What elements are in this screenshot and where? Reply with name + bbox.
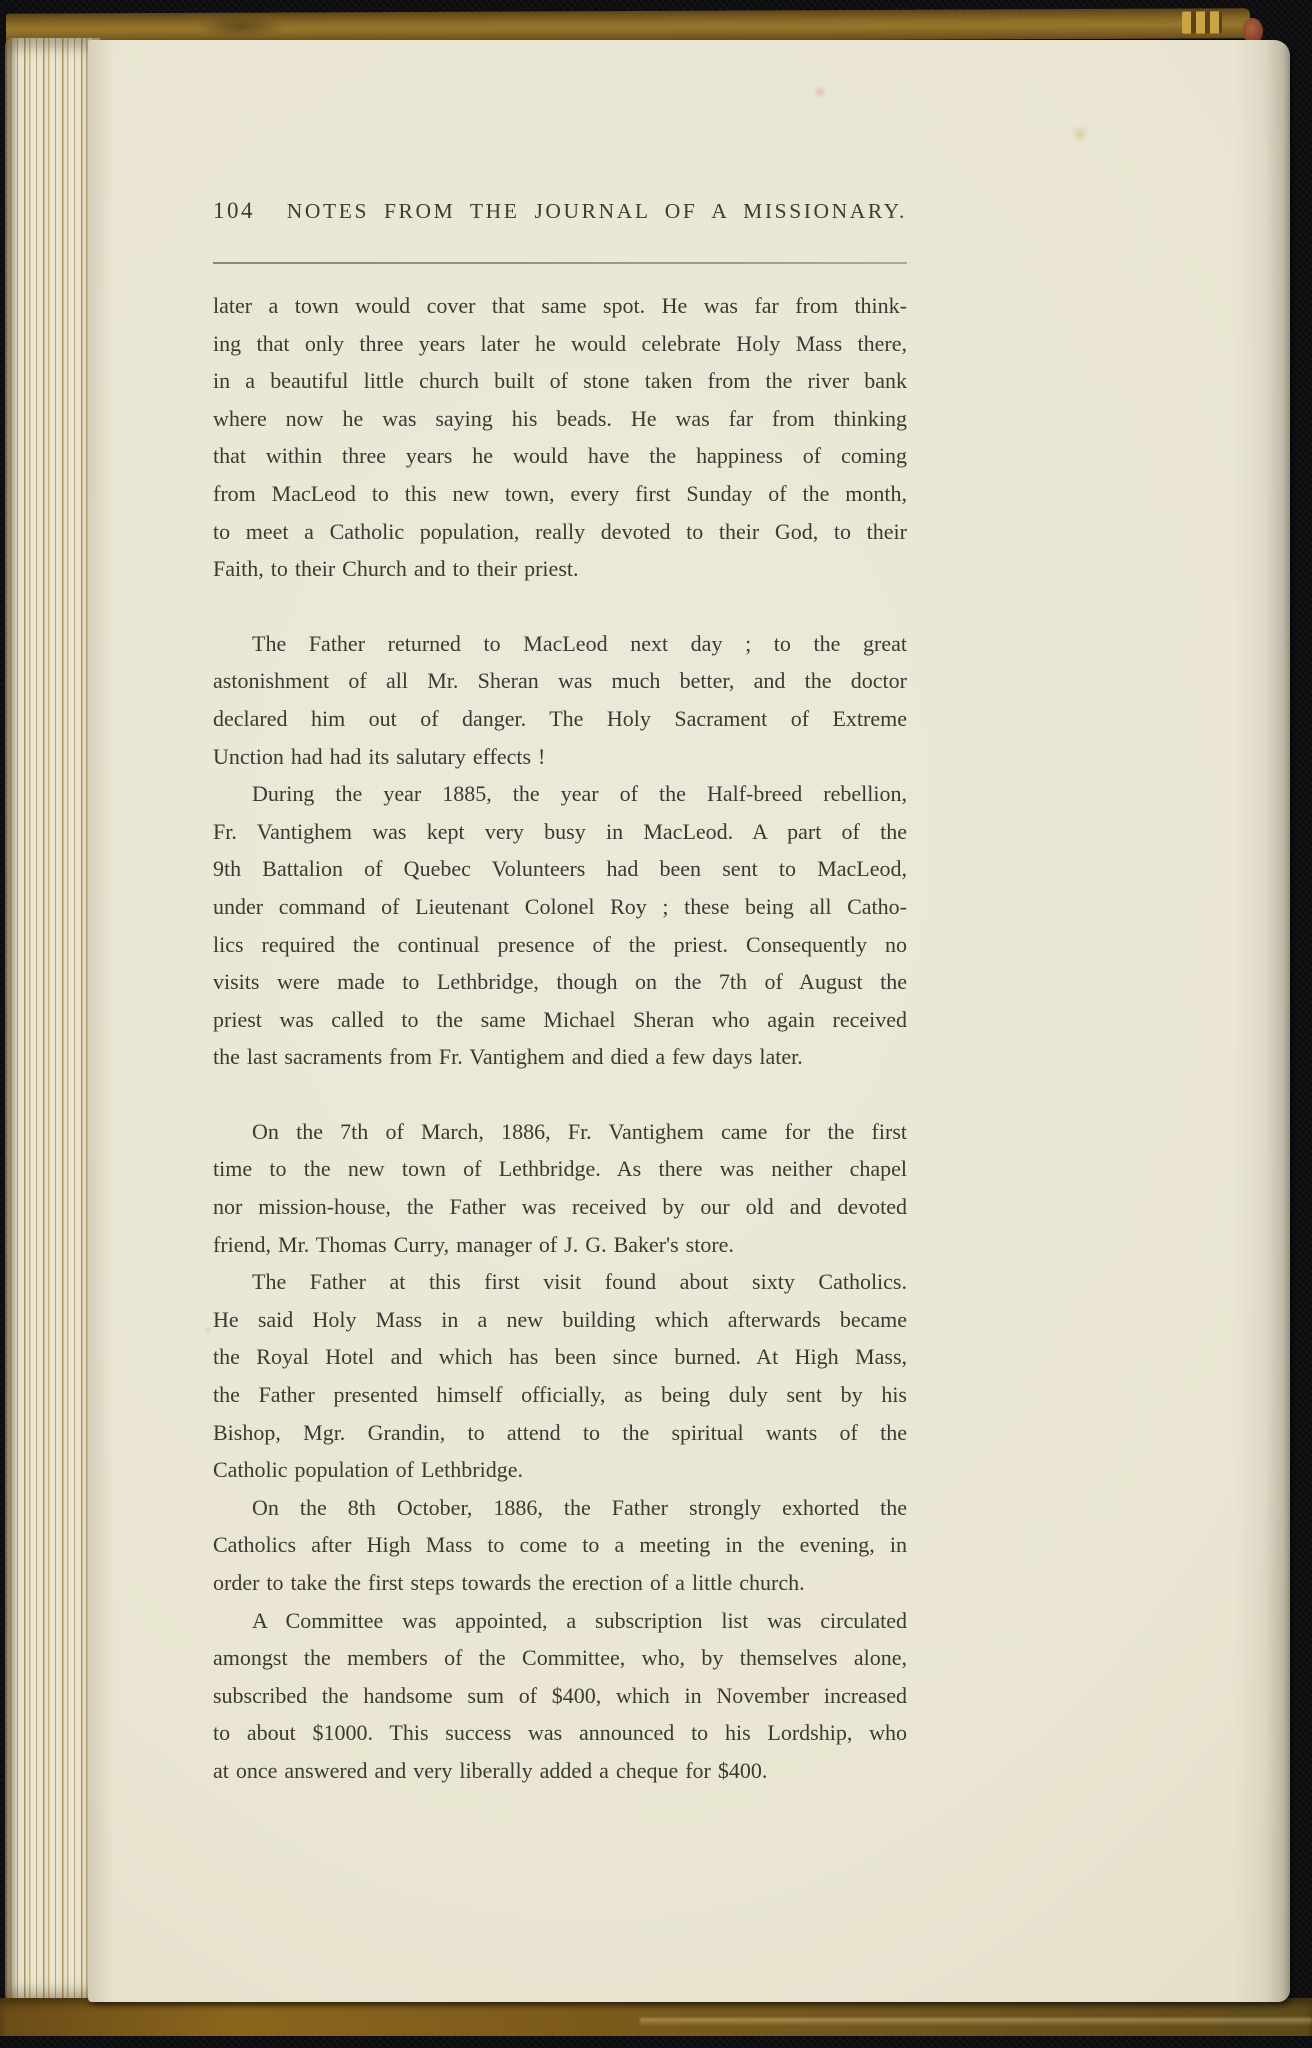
text-line: declared him out of danger. The Holy Sac… (213, 700, 907, 738)
text-line: Catholic population of Lethbridge. (213, 1451, 907, 1489)
paragraph: On the 7th of March, 1886, Fr. Vantighem… (213, 1113, 907, 1263)
page-number: 104 (213, 198, 287, 224)
text-line: in a beautiful little church built of st… (213, 362, 907, 400)
text-section: The Father returned to MacLeod next day … (213, 625, 907, 1076)
text-line: subscribed the handsome sum of $400, whi… (213, 1677, 907, 1715)
header-rule (213, 262, 907, 264)
text-line: the last sacraments from Fr. Vantighem a… (213, 1038, 907, 1076)
paragraph: A Committee was appointed, a subscriptio… (213, 1602, 907, 1790)
book-spine-top-edge (6, 8, 1250, 43)
text-line: Faith, to their Church and to their prie… (213, 550, 907, 588)
paragraph: During the year 1885, the year of the Ha… (213, 775, 907, 1076)
text-line: to meet a Catholic population, really de… (213, 513, 907, 551)
cover-bottom-sheen (640, 2018, 1312, 2026)
text-line: the Royal Hotel and which has been since… (213, 1338, 907, 1376)
text-section: On the 7th of March, 1886, Fr. Vantighem… (213, 1113, 907, 1790)
page-header: 104 NOTES FROM THE JOURNAL OF A MISSIONA… (213, 198, 907, 224)
text-line: Catholics after High Mass to come to a m… (213, 1526, 907, 1564)
text-line: On the 8th October, 1886, the Father str… (213, 1489, 907, 1527)
text-line: that within three years he would have th… (213, 437, 907, 475)
text-line: The Father returned to MacLeod next day … (213, 625, 907, 663)
scan-background: { "page": { "number": "104", "running_ti… (0, 0, 1312, 2048)
text-line: Unction had had its salutary effects ! (213, 738, 907, 776)
book-page: 104 NOTES FROM THE JOURNAL OF A MISSIONA… (88, 40, 1290, 2002)
spine-gilt-band (1182, 11, 1222, 33)
text-line: Fr. Vantighem was kept very busy in MacL… (213, 813, 907, 851)
text-line: under command of Lieutenant Colonel Roy … (213, 888, 907, 926)
text-line: Bishop, Mgr. Grandin, to attend to the s… (213, 1414, 907, 1452)
text-block: later a town would cover that same spot.… (213, 287, 907, 1790)
text-line: order to take the first steps towards th… (213, 1564, 907, 1602)
spine-wear-mark (196, 14, 286, 38)
text-line: A Committee was appointed, a subscriptio… (213, 1602, 907, 1640)
paragraph: On the 8th October, 1886, the Father str… (213, 1489, 907, 1602)
text-line: friend, Mr. Thomas Curry, manager of J. … (213, 1226, 907, 1264)
text-line: where now he was saying his beads. He wa… (213, 400, 907, 438)
text-line: the Father presented himself officially,… (213, 1376, 907, 1414)
text-line: from MacLeod to this new town, every fir… (213, 475, 907, 513)
text-line: visits were made to Lethbridge, though o… (213, 963, 907, 1001)
text-line: On the 7th of March, 1886, Fr. Vantighem… (213, 1113, 907, 1151)
text-line: lics required the continual presence of … (213, 926, 907, 964)
text-line: amongst the members of the Committee, wh… (213, 1639, 907, 1677)
text-line: at once answered and very liberally adde… (213, 1752, 907, 1790)
text-line: 9th Battalion of Quebec Volunteers had b… (213, 850, 907, 888)
text-line: later a town would cover that same spot.… (213, 287, 907, 325)
text-line: During the year 1885, the year of the Ha… (213, 775, 907, 813)
paragraph: The Father returned to MacLeod next day … (213, 625, 907, 775)
paragraph: The Father at this first visit found abo… (213, 1263, 907, 1489)
paragraph: later a town would cover that same spot.… (213, 287, 907, 588)
text-line: He said Holy Mass in a new building whic… (213, 1301, 907, 1339)
text-line: priest was called to the same Michael Sh… (213, 1001, 907, 1039)
text-line: ing that only three years later he would… (213, 325, 907, 363)
text-line: time to the new town of Lethbridge. As t… (213, 1150, 907, 1188)
text-line: astonishment of all Mr. Sheran was much … (213, 662, 907, 700)
page-edge-stack (5, 38, 101, 2004)
running-title: NOTES FROM THE JOURNAL OF A MISSIONARY. (287, 199, 907, 224)
text-line: nor mission-house, the Father was receiv… (213, 1188, 907, 1226)
book-cover-bottom-edge (0, 1998, 1312, 2036)
text-line: The Father at this first visit found abo… (213, 1263, 907, 1301)
text-section: later a town would cover that same spot.… (213, 287, 907, 588)
text-line: to about $1000. This success was announc… (213, 1714, 907, 1752)
